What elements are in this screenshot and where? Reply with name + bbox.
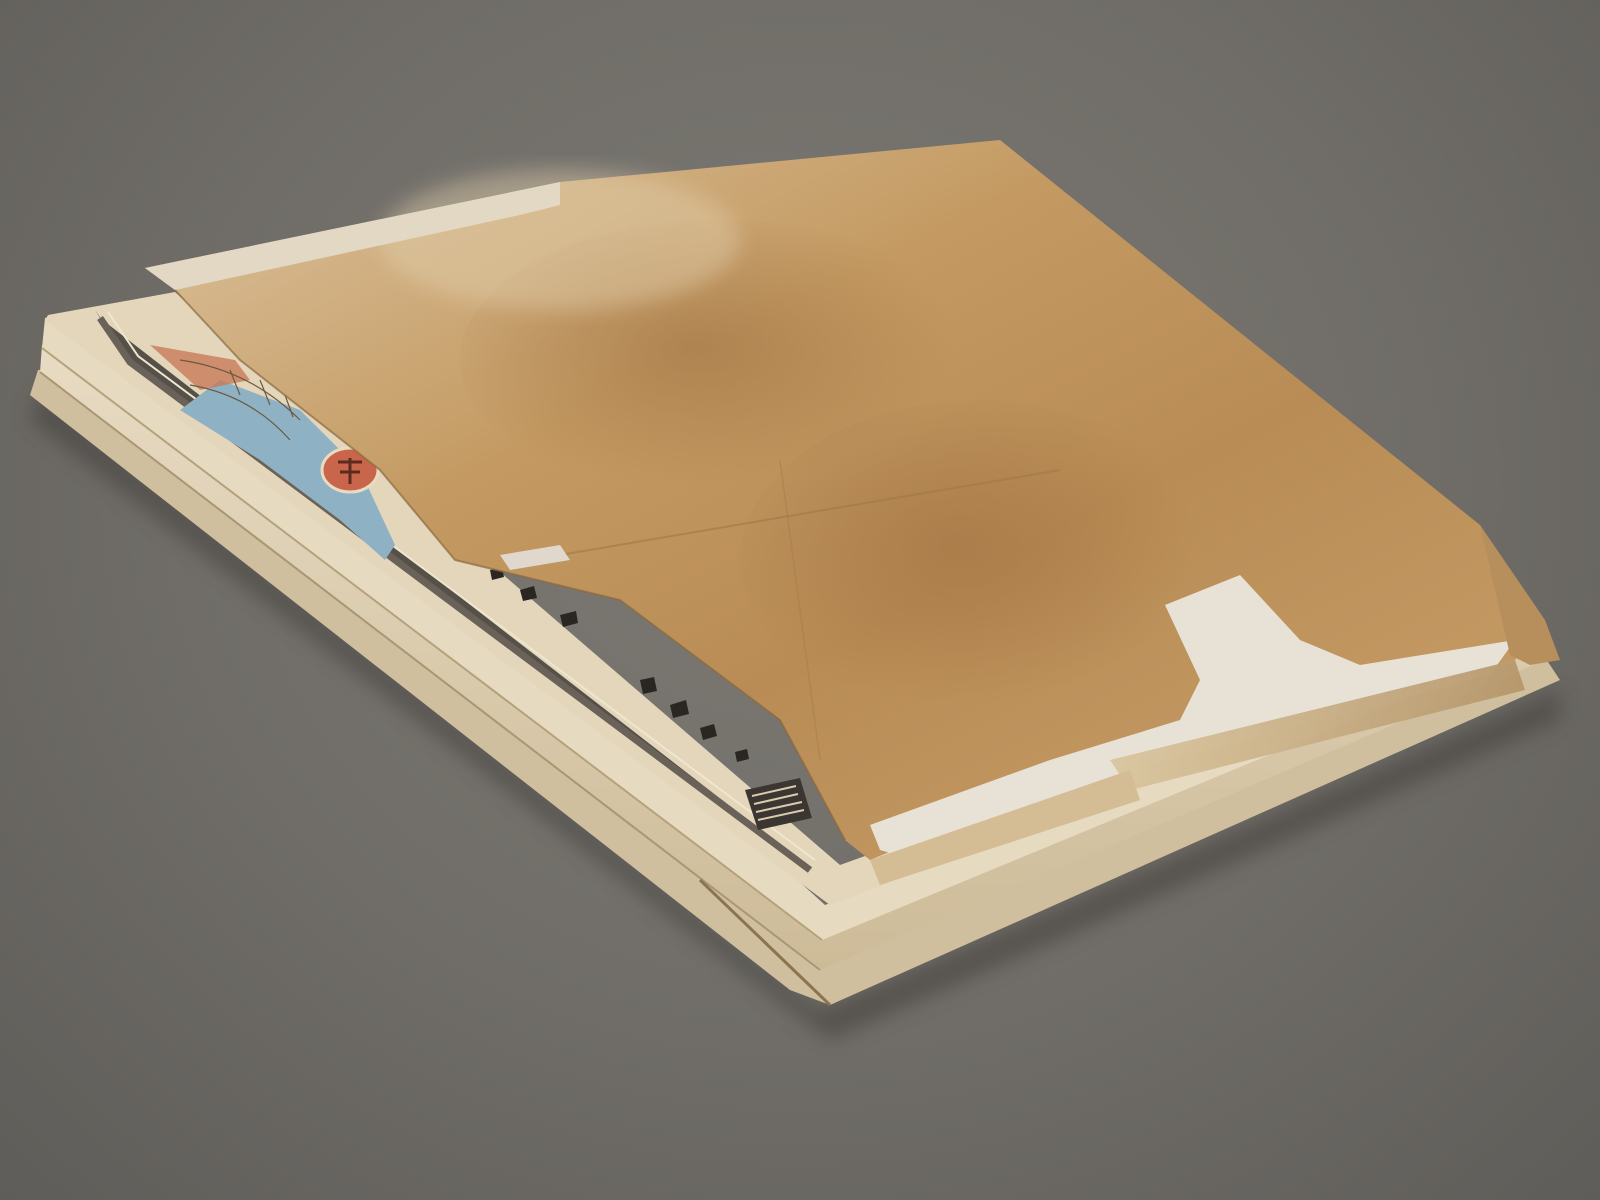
photo-scene: Folded antique woodblock map in a staine… [0, 0, 1600, 1200]
folded-map-photo [0, 0, 1600, 1200]
